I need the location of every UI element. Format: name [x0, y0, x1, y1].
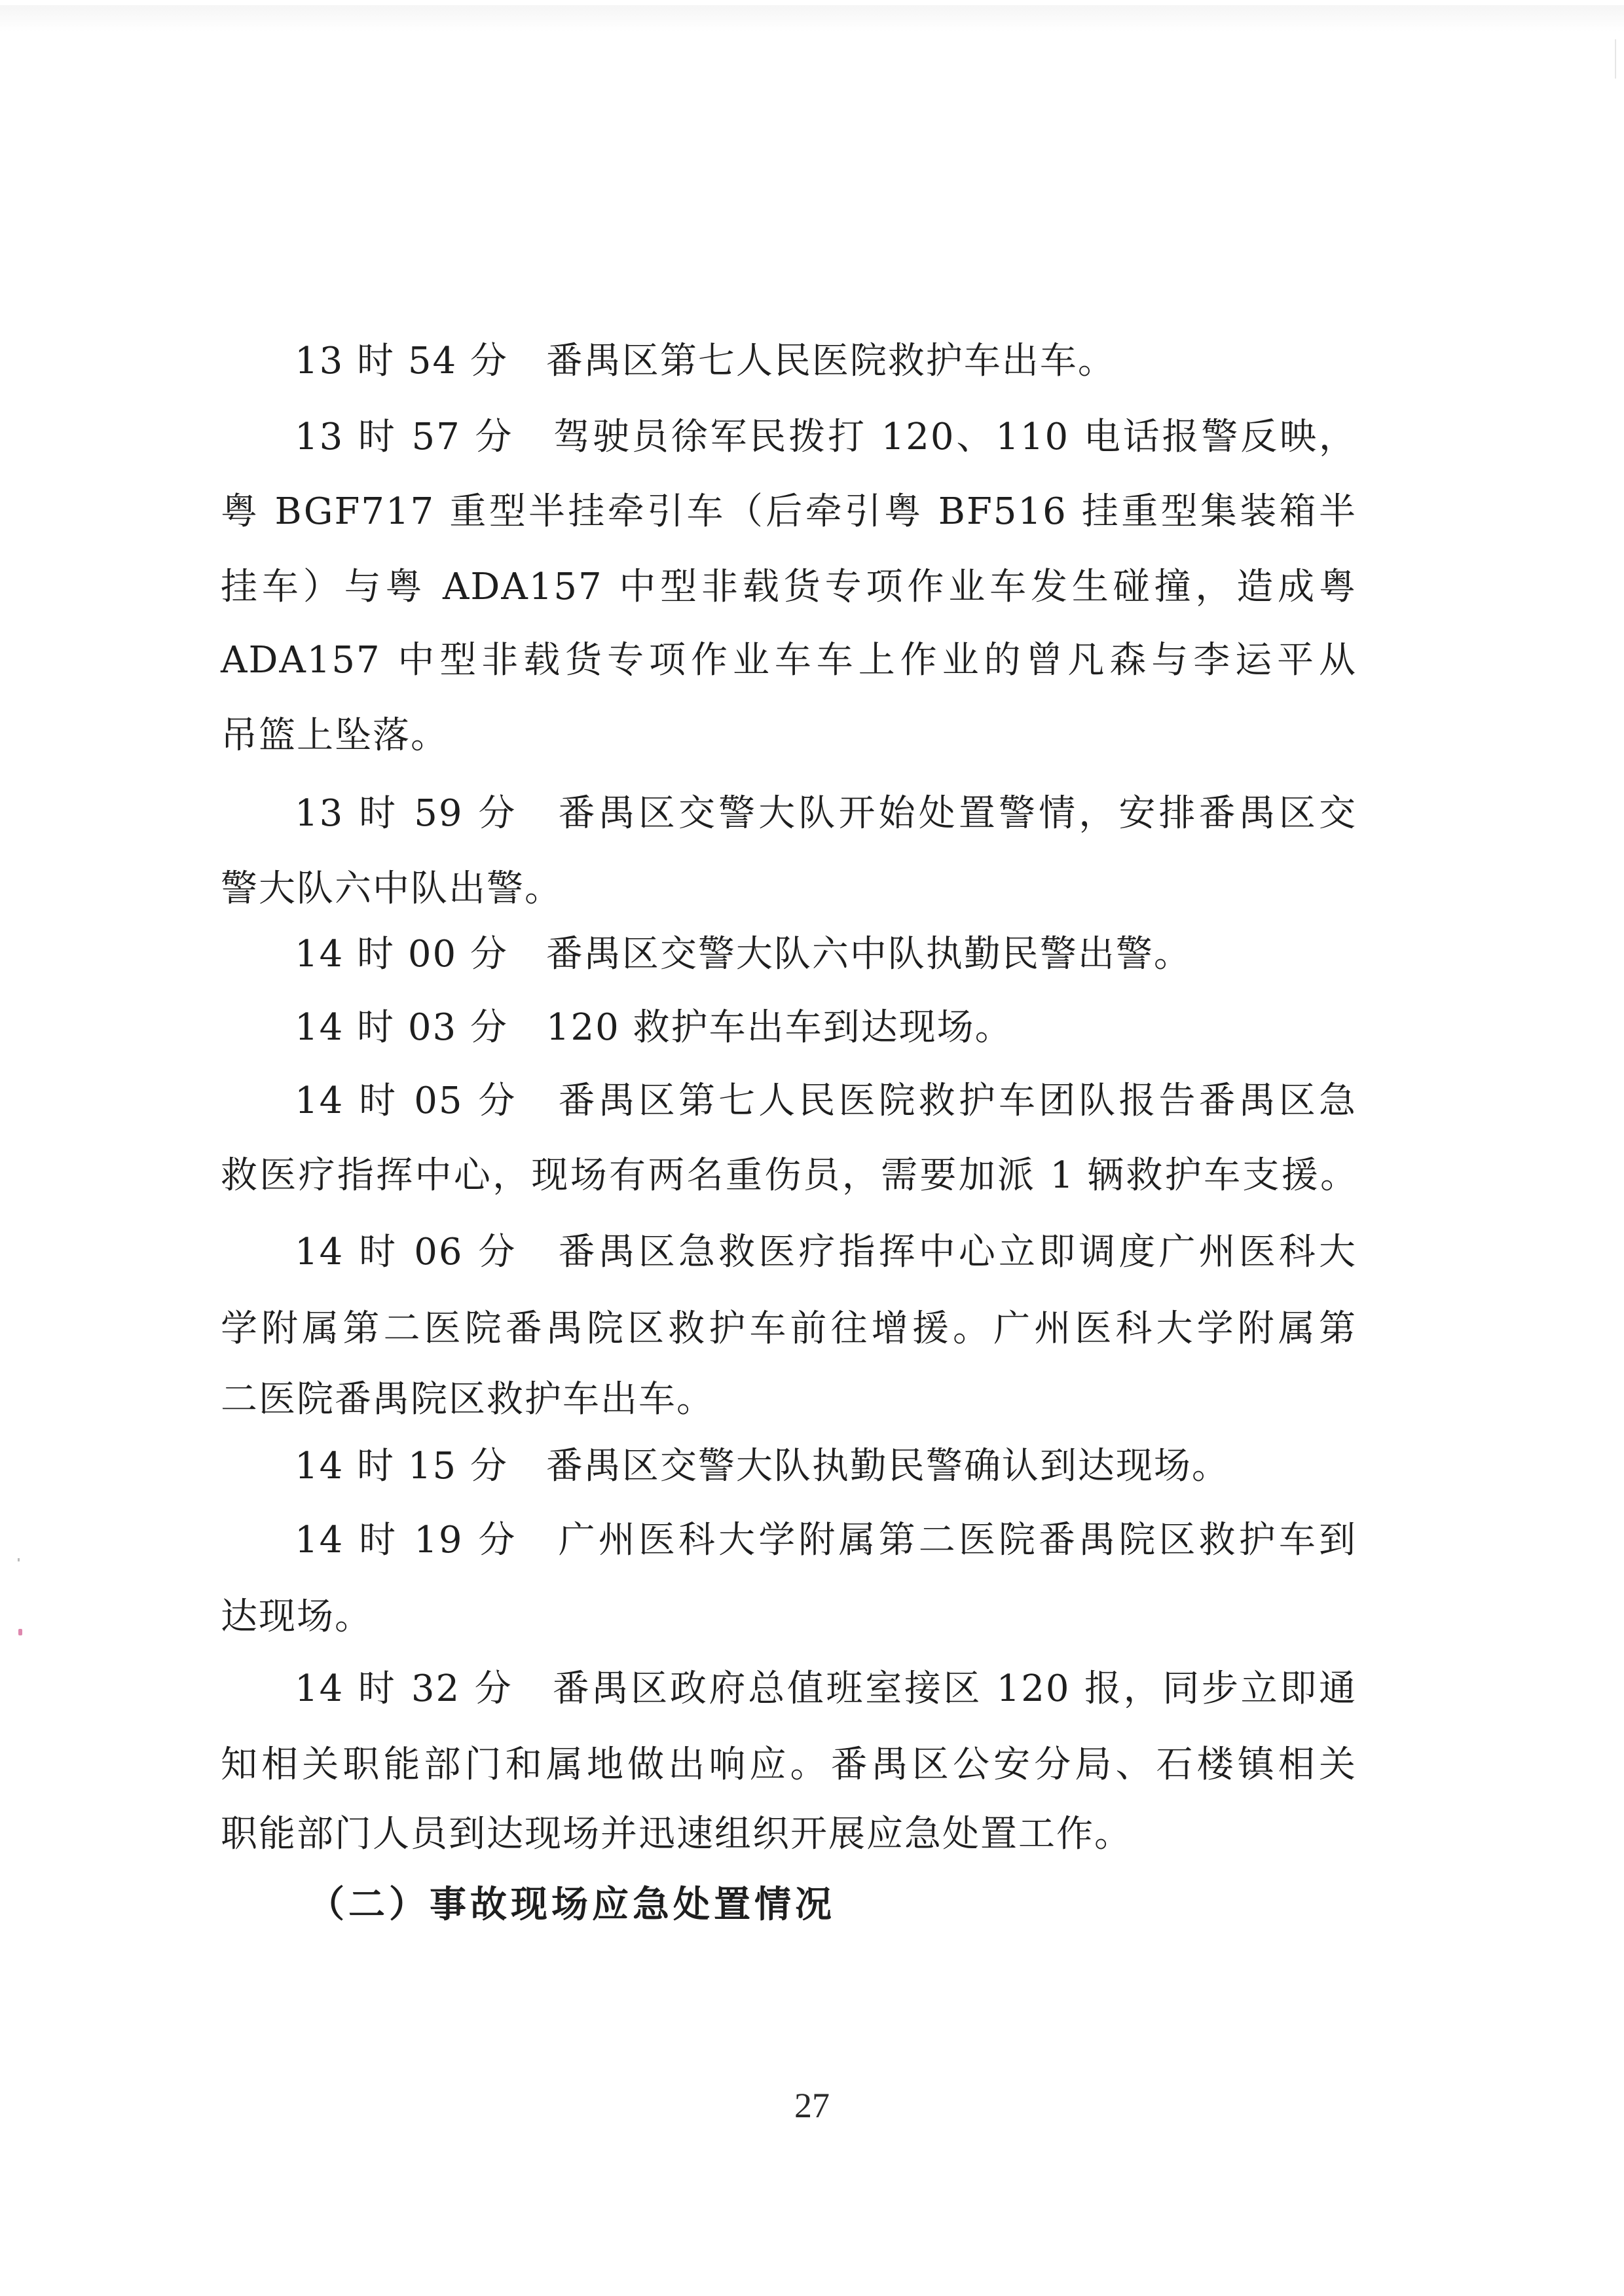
- timeline-entry-1406: 14 时 06 分 番禺区急救医疗指挥中心立即调度广州医科大: [295, 1226, 1357, 1279]
- timeline-entry-1357: 13 时 57 分 驾驶员徐军民拨打 120、110 电话报警反映，: [295, 411, 1357, 464]
- timeline-entry-1400: 14 时 00 分 番禺区交警大队六中队执勤民警出警。: [295, 928, 1357, 981]
- section-heading: （二）事故现场应急处置情况: [308, 1879, 836, 1931]
- timeline-entry-1405: 14 时 05 分 番禺区第七人民医院救护车团队报告番禺区急: [295, 1075, 1357, 1127]
- timeline-entry-1354: 13 时 54 分 番禺区第七人民医院救护车出车。: [295, 335, 1357, 388]
- text-line: 二医院番禺院区救护车出车。: [221, 1374, 1357, 1426]
- timeline-entry-1432: 14 时 32 分 番禺区政府总值班室接区 120 报，同步立即通: [295, 1663, 1357, 1715]
- text-line: ADA157 中型非载货专项作业车车上作业的曾凡森与李运平从: [221, 634, 1357, 687]
- text-line: 职能部门人员到达现场并迅速组织开展应急处置工作。: [221, 1808, 1357, 1861]
- text-line: 救医疗指挥中心，现场有两名重伤员，需要加派 1 辆救护车支援。: [221, 1150, 1357, 1202]
- scan-speck-red: [18, 1629, 22, 1635]
- timeline-entry-1359: 13 时 59 分 番禺区交警大队开始处置警情，安排番禺区交: [295, 788, 1357, 840]
- text-line: 学附属第二医院番禺院区救护车前往增援。广州医科大学附属第: [221, 1303, 1357, 1355]
- scan-speck: [18, 1558, 20, 1561]
- timeline-entry-1403: 14 时 03 分 120 救护车出车到达现场。: [295, 1002, 1357, 1054]
- scan-edge-mark: [1615, 39, 1616, 79]
- text-line: 达现场。: [221, 1591, 1357, 1643]
- text-line: 警大队六中队出警。: [221, 863, 1357, 915]
- page-number: 27: [0, 2085, 1624, 2126]
- timeline-entry-1415: 14 时 15 分 番禺区交警大队执勤民警确认到达现场。: [295, 1440, 1357, 1493]
- text-line: 粤 BGF717 重型半挂牵引车（后牵引粤 BF516 挂重型集装箱半: [221, 486, 1357, 538]
- scan-noise-top: [0, 5, 1624, 31]
- text-line: 挂车）与粤 ADA157 中型非载货专项作业车发生碰撞，造成粤: [221, 561, 1357, 613]
- text-line: 吊篮上坠落。: [221, 710, 1357, 762]
- timeline-entry-1419: 14 时 19 分 广州医科大学附属第二医院番禺院区救护车到: [295, 1514, 1357, 1567]
- text-line: 知相关职能部门和属地做出响应。番禺区公安分局、石楼镇相关: [221, 1739, 1357, 1791]
